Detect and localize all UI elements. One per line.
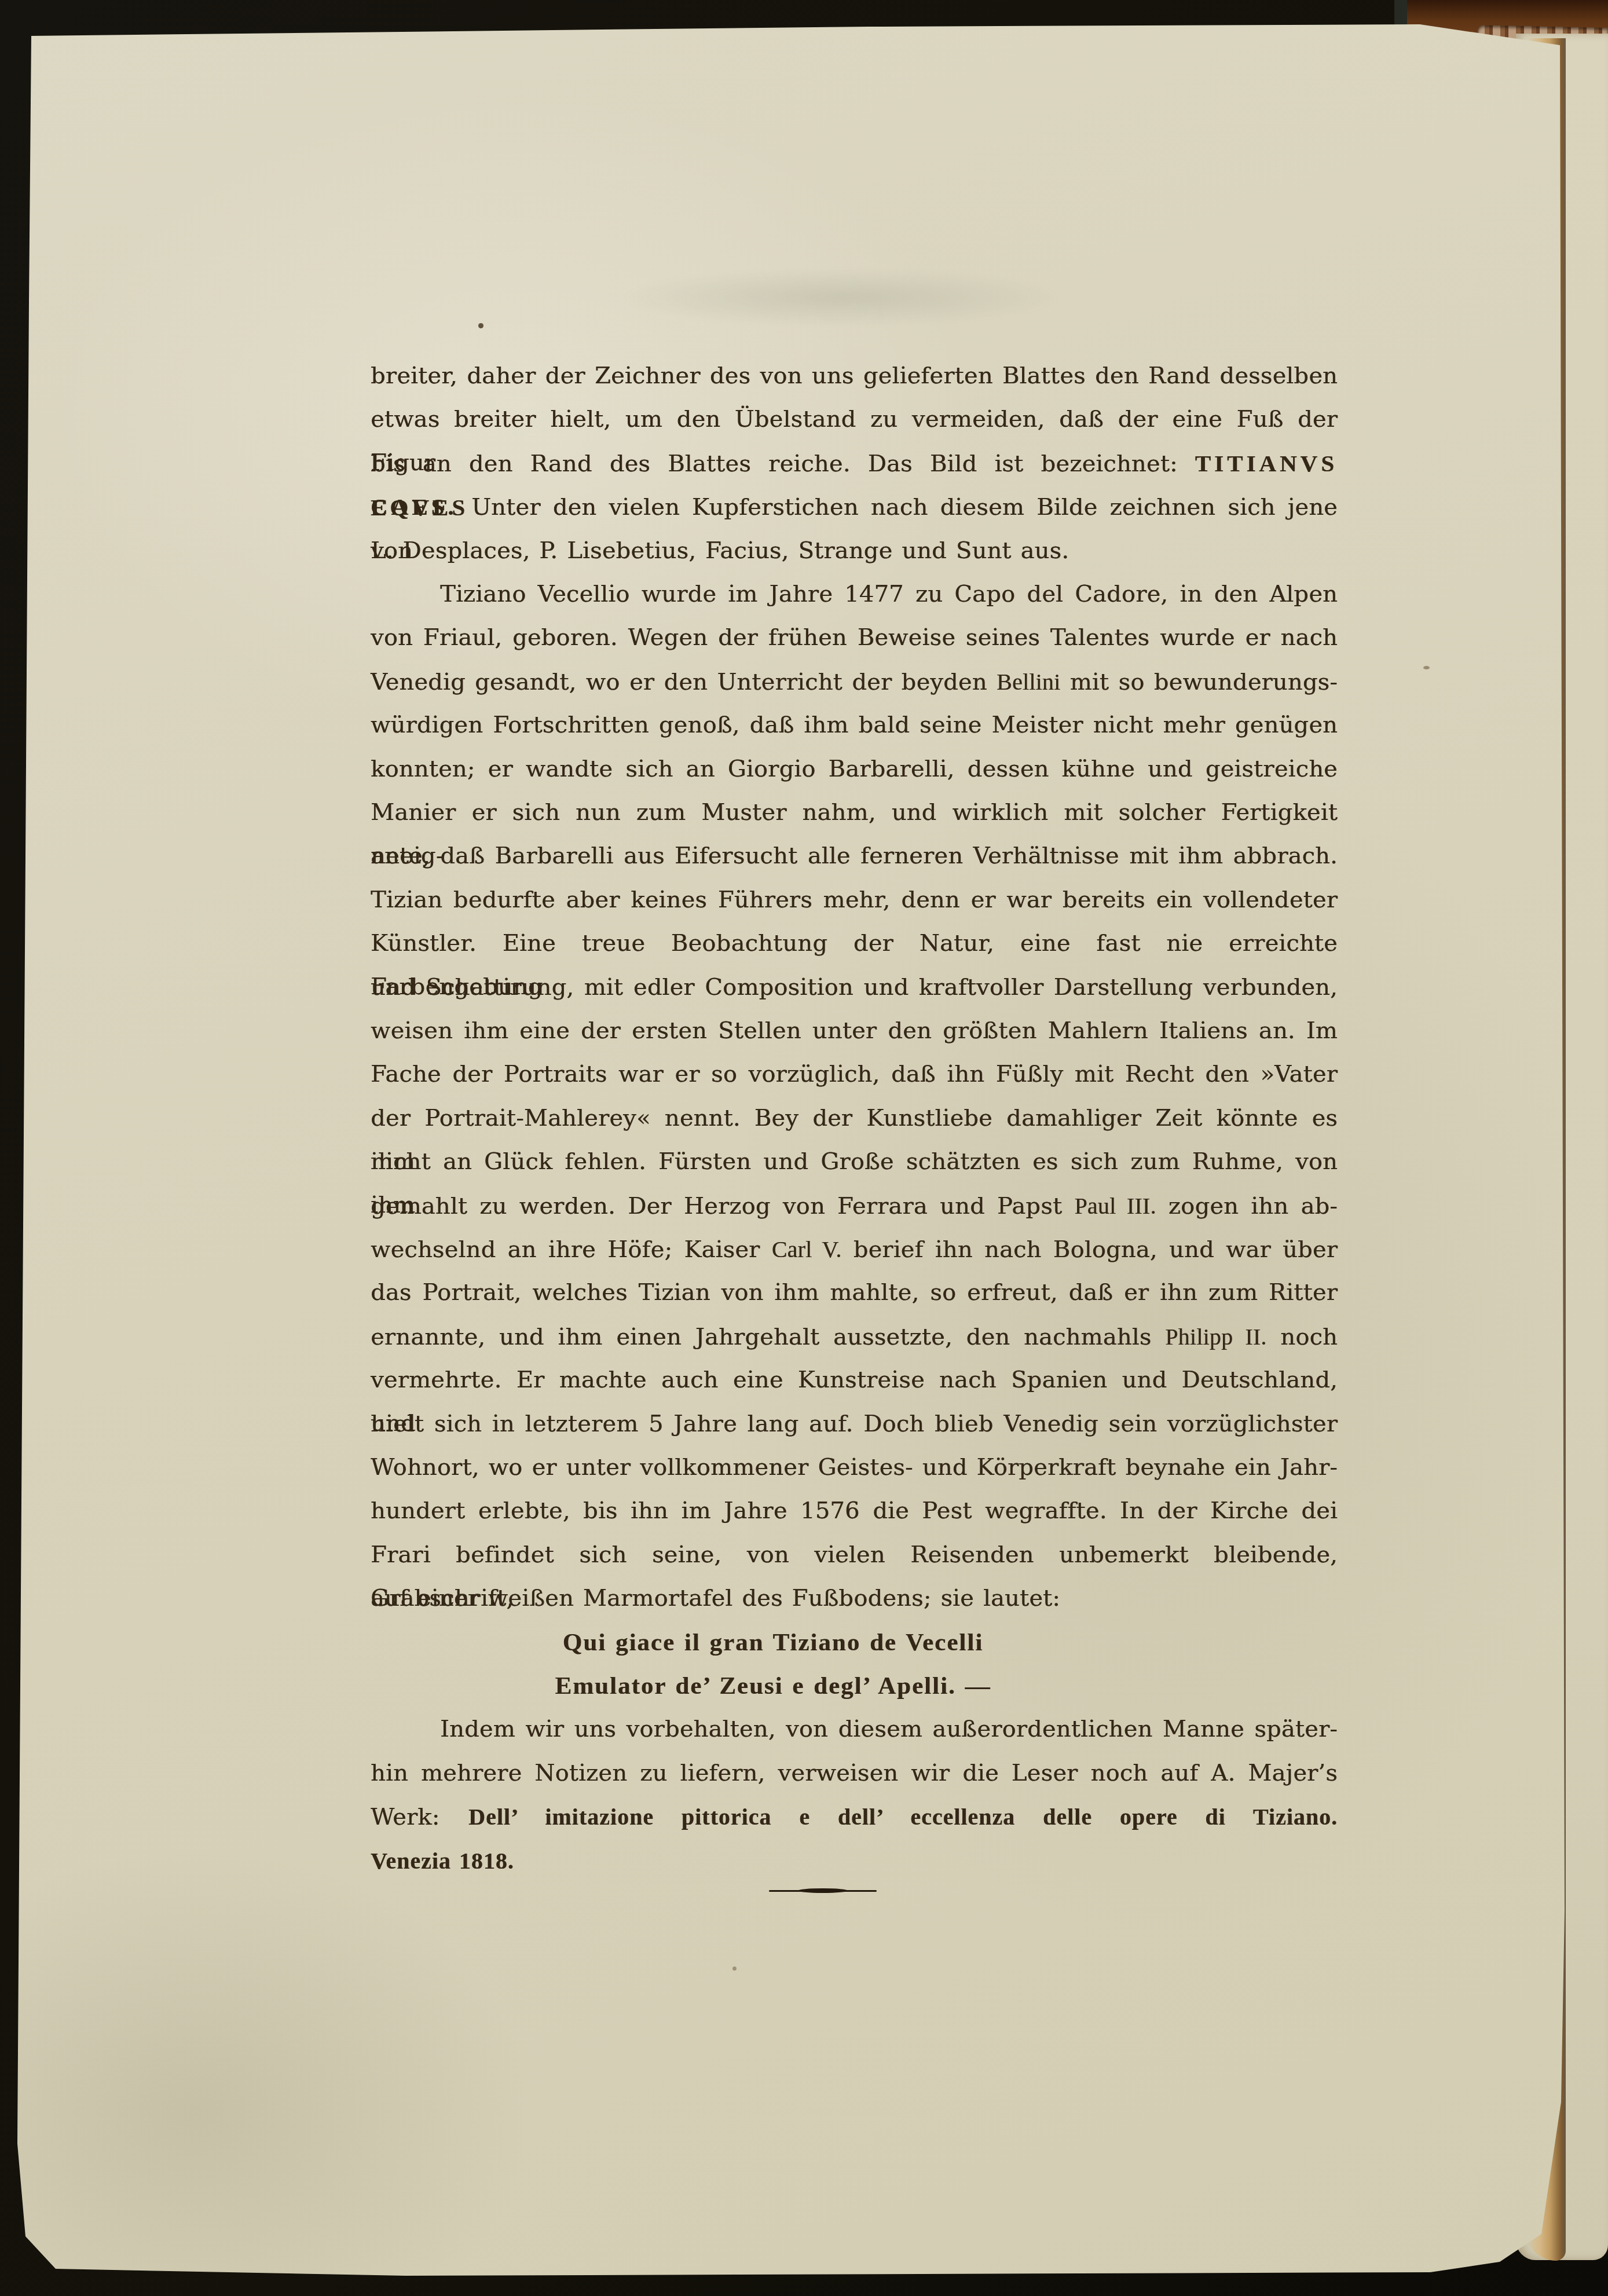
- text-line: Künstler. Eine treue Beobachtung der Nat…: [371, 922, 1338, 965]
- text-run: würdigen Fortschritten genoß, daß ihm ba…: [371, 712, 1338, 738]
- text-run: Paul III.: [1074, 1193, 1156, 1219]
- text-line: Frari befindet sich seine, von vielen Re…: [371, 1533, 1338, 1577]
- text-run: hundert erlebte, bis ihn im Jahre 1576 d…: [371, 1497, 1338, 1524]
- text-line: Venezia 1818.: [371, 1839, 1338, 1883]
- photo-backdrop: breiter, daher der Zeichner des von uns …: [0, 0, 1608, 2296]
- text-line: Tizian bedurfte aber keines Führers mehr…: [371, 878, 1338, 922]
- text-run: Werk:: [371, 1804, 468, 1830]
- text-line: etwas breiter hielt, um den Übelstand zu…: [371, 398, 1338, 441]
- text-run: Indem wir uns vorbehalten, von diesem au…: [440, 1716, 1338, 1742]
- text-line: gemahlt zu werden. Der Herzog von Ferrar…: [371, 1184, 1338, 1228]
- text-run: Qui giace il gran Tiziano de Vecelli: [563, 1629, 983, 1656]
- text-line: Werk: Dell’ imitazione pittorica e dell’…: [371, 1795, 1338, 1839]
- paper-speck: [732, 1967, 737, 1971]
- text-run: weisen ihm eine der ersten Stellen unter…: [371, 1017, 1338, 1044]
- text-line: wechselnd an ihre Höfe; Kaiser Carl V. b…: [371, 1228, 1338, 1271]
- book-page: breiter, daher der Zeichner des von uns …: [0, 0, 1608, 2296]
- text-line: das Portrait, welches Tizian von ihm mah…: [371, 1271, 1338, 1314]
- text-run: Carl V.: [772, 1236, 842, 1262]
- epitaph-line: Qui giace il gran Tiziano de Vecelli: [371, 1621, 1338, 1664]
- text-run: Philipp II.: [1165, 1324, 1266, 1350]
- text-line: hielt sich in letzterem 5 Jahre lang auf…: [371, 1402, 1338, 1446]
- text-run: Dell’ imitazione pittorica e dell’ eccel…: [468, 1804, 1338, 1830]
- text-run: berief ihn nach Bologna, und war über: [841, 1236, 1338, 1263]
- text-line: Fache der Portraits war er so vorzüglich…: [371, 1053, 1338, 1096]
- text-run: Tizian bedurfte aber keines Führers mehr…: [371, 887, 1338, 913]
- text-run: Venedig gesandt, wo er den Unterricht de…: [371, 669, 997, 695]
- text-line: nicht an Glück fehlen. Fürsten und Große…: [371, 1140, 1338, 1184]
- text-line: L. Desplaces, P. Lisebetius, Facius, Str…: [371, 529, 1338, 573]
- text-run: Venezia 1818.: [371, 1848, 514, 1874]
- text-run: Bellini: [997, 669, 1060, 695]
- text-line: und Schattirung, mit edler Composition u…: [371, 966, 1338, 1009]
- text-run: L. Desplaces, P. Lisebetius, Facius, Str…: [371, 537, 1069, 564]
- text-run: bis an den Rand des Blattes reiche. Das …: [371, 451, 1195, 477]
- text-run: noch: [1266, 1324, 1338, 1350]
- ink-showthrough-smudge: [613, 262, 1070, 327]
- text-run: zogen ihn ab-: [1156, 1193, 1338, 1220]
- text-run: konnten; er wandte sich an Giorgio Barba…: [371, 756, 1338, 782]
- text-line: ernannte, und ihm einen Jahrgehalt ausse…: [371, 1315, 1338, 1358]
- text-run: hin mehrere Notizen zu liefern, verweise…: [371, 1760, 1338, 1786]
- text-line: hin mehrere Notizen zu liefern, verweise…: [371, 1752, 1338, 1795]
- text-run: hielt sich in letzterem 5 Jahre lang auf…: [371, 1411, 1338, 1437]
- text-run: breiter, daher der Zeichner des von uns …: [371, 362, 1338, 389]
- text-run: ernannte, und ihm einen Jahrgehalt ausse…: [371, 1324, 1165, 1350]
- text-run: mit so bewunderungs-: [1060, 669, 1338, 695]
- text-line: Manier er sich nun zum Muster nahm, und …: [371, 791, 1338, 834]
- text-line: konnten; er wandte sich an Giorgio Barba…: [371, 748, 1338, 791]
- text-run: von Friaul, geboren. Wegen der frühen Be…: [371, 624, 1338, 651]
- text-run: und Schattirung, mit edler Composition u…: [371, 974, 1338, 1001]
- text-run: gemahlt zu werden. Der Herzog von Ferrar…: [371, 1193, 1074, 1220]
- text-run: nete, daß Barbarelli aus Eifersucht alle…: [371, 843, 1338, 869]
- divider-lens: [798, 1888, 848, 1893]
- text-line: Indem wir uns vorbehalten, von diesem au…: [371, 1708, 1338, 1751]
- text-line: breiter, daher der Zeichner des von uns …: [371, 354, 1338, 398]
- text-run: auf einer weißen Marmortafel des Fußbode…: [371, 1585, 1060, 1612]
- section-divider-rule: [769, 1888, 877, 1894]
- text-run: Emulator de’ Zeusi e degl’ Apelli. —: [555, 1672, 991, 1700]
- text-block: breiter, daher der Zeichner des von uns …: [371, 354, 1338, 1964]
- text-line: Venedig gesandt, wo er den Unterricht de…: [371, 660, 1338, 704]
- text-line: Wohnort, wo er unter vollkommener Geiste…: [371, 1446, 1338, 1489]
- text-line: Tiziano Vecellio wurde im Jahre 1477 zu …: [371, 573, 1338, 616]
- text-run: Tiziano Vecellio wurde im Jahre 1477 zu …: [440, 581, 1338, 607]
- text-line: weisen ihm eine der ersten Stellen unter…: [371, 1009, 1338, 1053]
- text-line: vermehrte. Er machte auch eine Kunstreis…: [371, 1358, 1338, 1402]
- text-run: wechselnd an ihre Höfe; Kaiser: [371, 1236, 772, 1263]
- text-line: hundert erlebte, bis ihn im Jahre 1576 d…: [371, 1489, 1338, 1533]
- text-run: CAES.: [371, 493, 471, 520]
- text-run: Wohnort, wo er unter vollkommener Geiste…: [371, 1454, 1338, 1481]
- text-line: bis an den Rand des Blattes reiche. Das …: [371, 442, 1338, 485]
- text-line: würdigen Fortschritten genoß, daß ihm ba…: [371, 704, 1338, 747]
- paper-speck: [1423, 666, 1430, 669]
- text-line: nete, daß Barbarelli aus Eifersucht alle…: [371, 834, 1338, 878]
- text-run: Fache der Portraits war er so vorzüglich…: [371, 1061, 1338, 1087]
- epitaph-line: Emulator de’ Zeusi e degl’ Apelli. —: [371, 1664, 1338, 1708]
- text-line: CAES. Unter den vielen Kupferstichen nac…: [371, 485, 1338, 529]
- paper-speck: [478, 323, 484, 328]
- text-run: das Portrait, welches Tizian von ihm mah…: [371, 1279, 1338, 1306]
- text-line: auf einer weißen Marmortafel des Fußbode…: [371, 1577, 1338, 1620]
- text-line: von Friaul, geboren. Wegen der frühen Be…: [371, 616, 1338, 660]
- text-line: der Portrait-Mahlerey« nennt. Bey der Ku…: [371, 1097, 1338, 1140]
